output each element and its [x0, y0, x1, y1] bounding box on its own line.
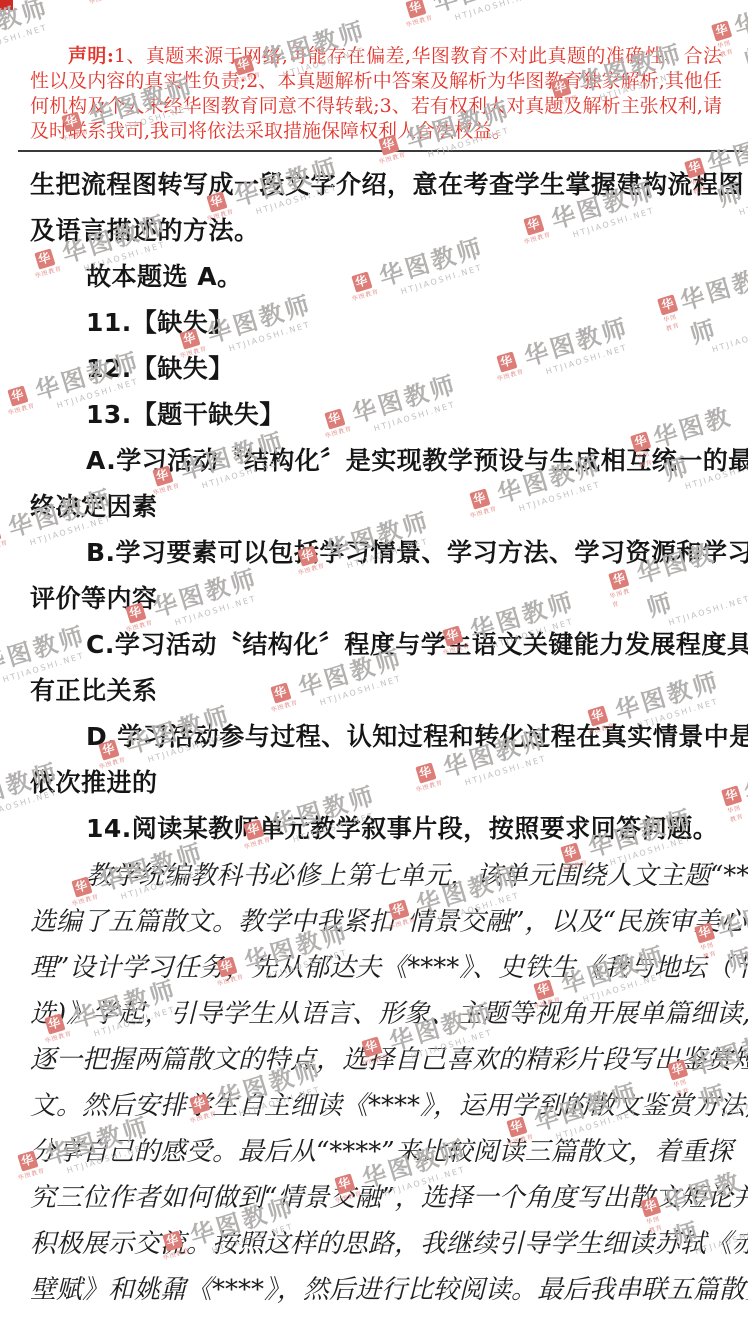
disclaimer-label: 声明:	[68, 45, 114, 67]
text-line: D.学习活动参与过程、认知过程和转化过程在真实情景中是	[30, 712, 730, 758]
disclaimer-text: 1、真题来源于网络,可能存在偏差,华图教育不对此真题的准确性、合法性以及内容的真…	[30, 45, 722, 142]
text-line: 12.【缺失】	[30, 344, 730, 390]
text-line: 文。然后安排学生自主细读《****》，运用学到的散文鉴赏方法,	[30, 1080, 730, 1126]
disclaimer: 声明:1、真题来源于网络,可能存在偏差,华图教育不对此真题的准确性、合法性以及内…	[30, 0, 722, 144]
huatu-logo-char: 华	[0, 523, 1, 544]
watermark-text: 华图教师 HTJIAOSHI.NET	[739, 745, 748, 850]
text-line: 11.【缺失】	[30, 298, 730, 344]
text-line: 14.阅读某教师单元教学叙事片段，按照要求回答问题。	[30, 804, 730, 850]
text-line: 理”设计学习任务，先从郁达夫《****》、史铁生《我与地坛（节	[30, 942, 730, 988]
text-line: 及语言描述的方法。	[30, 206, 730, 252]
document-page: 声明:1、真题来源于网络,可能存在偏差,华图教育不对此真题的准确性、合法性以及内…	[0, 0, 748, 1310]
text-line: 逐一把握两篇散文的特点，选择自己喜欢的精彩片段写出鉴赏短	[30, 1034, 730, 1080]
text-line: 终决定因素	[30, 482, 730, 528]
watermark-brand: 华图教师	[729, 0, 748, 76]
watermark-brand: 华图教师	[739, 745, 748, 842]
text-line: 积极展示交流。按照这样的思路，我继续引导学生细读苏轼《赤	[30, 1218, 730, 1264]
text-line: 有正比关系	[30, 666, 730, 712]
text-line: 选)》学起，引导学生从语言、形象、主题等视角开展单篇细读,	[30, 988, 730, 1034]
divider-line	[18, 150, 746, 152]
text-line: 教学统编教科书必修上第七单元，该单元围绕人文主题“****”	[30, 850, 730, 896]
huatu-logo-char: 华	[7, 386, 28, 407]
text-line: 究三位作者如何做到“情景交融”，选择一个角度写出散文短论并	[30, 1172, 730, 1218]
text-line: C.学习活动〝结构化〞程度与学生语文关键能力发展程度具	[30, 620, 730, 666]
text-line: A.学习活动〝结构化〞是实现教学预设与生成相互统一的最	[30, 436, 730, 482]
text-line: 13.【题干缺失】	[30, 390, 730, 436]
text-line: 故本题选 A。	[30, 252, 730, 298]
text-line: 依次推进的	[30, 758, 730, 804]
text-line: 评价等内容	[30, 574, 730, 620]
watermark-text: 华图教师 HTJIAOSHI.NET	[729, 0, 748, 85]
watermark-logo-fragment	[0, 0, 13, 10]
text-line: 壁赋》和姚鼐《****》，然后进行比较阅读。最后我串联五篇散文,	[30, 1264, 730, 1310]
text-line: 选编了五篇散文。教学中我紧扣“情景交融”，以及“民族审美心	[30, 896, 730, 942]
huatu-logo-icon: 华 华图教育	[0, 521, 9, 554]
text-line: B.学习要素可以包括学习情景、学习方法、学习资源和学习	[30, 528, 730, 574]
text-line: 生把流程图转写成一段文字介绍，意在考查学生掌握建构流程图	[30, 160, 730, 206]
document-body: 生把流程图转写成一段文字介绍，意在考查学生掌握建构流程图及语言描述的方法。故本题…	[30, 160, 730, 1310]
text-line: 分享自己的感受。最后从“****”来比较阅读三篇散文，着重探	[30, 1126, 730, 1172]
huatu-logo-caption: 华图教育	[0, 537, 9, 554]
